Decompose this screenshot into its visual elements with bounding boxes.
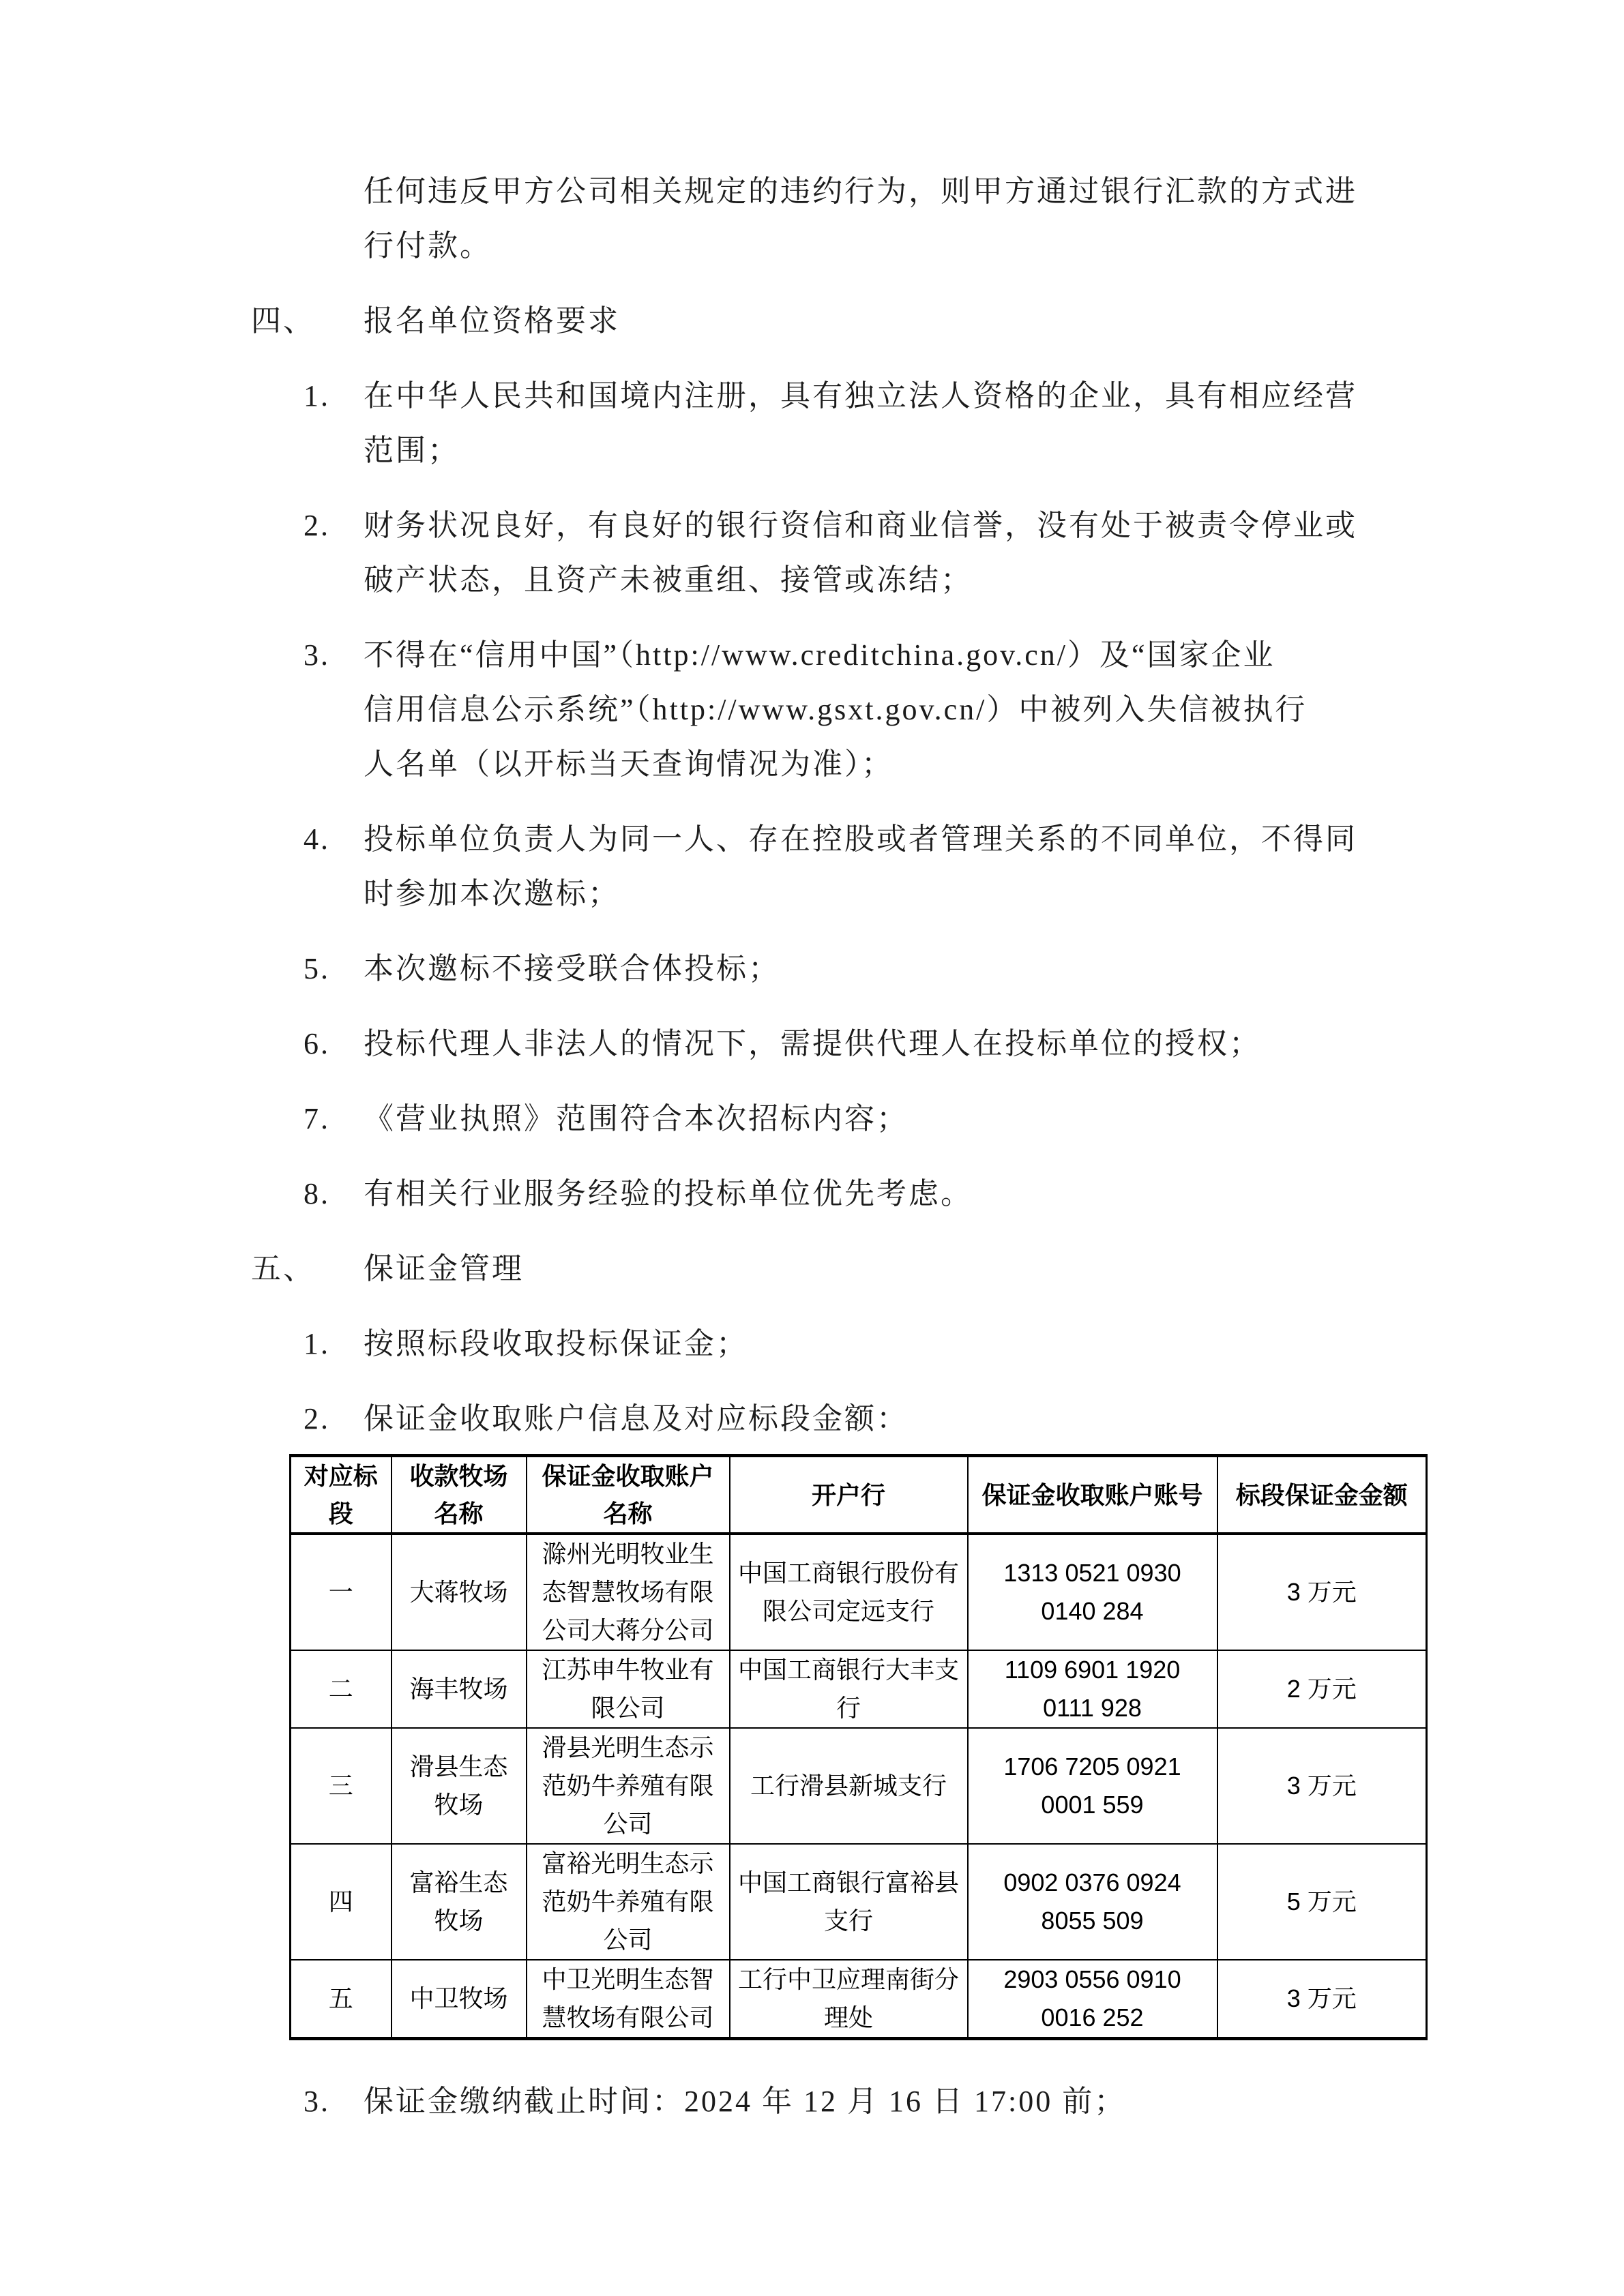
list-item: 2. 保证金收取账户信息及对应标段金额：	[0, 1392, 1624, 1446]
item-number: 2.	[0, 1392, 364, 1446]
cell-account-number: 1706 7205 0921 0001 559	[968, 1728, 1217, 1844]
list-item: 4. 投标单位负责人为同一人、存在控股或者管理关系的不同单位，不得同 时参加本次…	[0, 812, 1624, 921]
section-heading-4: 四、 报名单位资格要求	[0, 294, 1624, 348]
item-number: 4.	[0, 812, 364, 921]
section-heading-5: 五、 保证金管理	[0, 1242, 1624, 1296]
cell-amount: 3 万元	[1217, 1534, 1427, 1650]
item-text: 不得在“信用中国”（http://www.creditchina.gov.cn/…	[364, 628, 1307, 792]
cell-account-name: 滑县光明生态示 范奶牛养殖有限 公司	[527, 1728, 730, 1844]
section-title: 保证金管理	[364, 1242, 524, 1296]
cell-account-number: 1109 6901 1920 0111 928	[968, 1650, 1217, 1728]
cell-account-number: 1313 0521 0930 0140 284	[968, 1534, 1217, 1650]
column-header-bank: 开户行	[730, 1456, 968, 1534]
cell-farm-name: 海丰牧场	[392, 1650, 527, 1728]
item-text: 本次邀标不接受联合体投标；	[364, 942, 780, 996]
cell-bank: 中国工商银行大丰支 行	[730, 1650, 968, 1728]
item-number: 3.	[0, 628, 364, 792]
section-number: 四、	[0, 294, 364, 348]
table-body: 一 大蒋牧场 滁州光明牧业生 态智慧牧场有限 公司大蒋分公司 中国工商银行股份有…	[291, 1534, 1427, 2039]
column-header-amount: 标段保证金金额	[1217, 1456, 1427, 1534]
cell-segment: 一	[291, 1534, 392, 1650]
item-number: 1.	[0, 369, 364, 478]
table-row: 二 海丰牧场 江苏申牛牧业有 限公司 中国工商银行大丰支 行 1109 6901…	[291, 1650, 1427, 1728]
cell-account-name: 江苏申牛牧业有 限公司	[527, 1650, 730, 1728]
item-text: 保证金收取账户信息及对应标段金额：	[364, 1392, 909, 1446]
list-item: 7. 《营业执照》范围符合本次招标内容；	[0, 1092, 1624, 1146]
list-item: 3. 保证金缴纳截止时间：2024 年 12 月 16 日 17:00 前；	[0, 2074, 1624, 2129]
column-header-segment: 对应标 段	[291, 1456, 392, 1534]
table-row: 五 中卫牧场 中卫光明生态智 慧牧场有限公司 工行中卫应理南街分 理处 2903…	[291, 1960, 1427, 2039]
table-container: 对应标 段 收款牧场 名称 保证金收取账户 名称 开户行 保证金收取账户账号 标…	[0, 1454, 1624, 2040]
cell-bank: 中国工商银行股份有 限公司定远支行	[730, 1534, 968, 1650]
document-page: 任何违反甲方公司相关规定的违约行为，则甲方通过银行汇款的方式进 行付款。 四、 …	[0, 0, 1624, 2296]
table-row: 三 滑县生态 牧场 滑县光明生态示 范奶牛养殖有限 公司 工行滑县新城支行 17…	[291, 1728, 1427, 1844]
list-item: 2. 财务状况良好，有良好的银行资信和商业信誉，没有处于被责令停业或 破产状态，…	[0, 498, 1624, 608]
deposit-accounts-table: 对应标 段 收款牧场 名称 保证金收取账户 名称 开户行 保证金收取账户账号 标…	[289, 1454, 1428, 2040]
item-number: 8.	[0, 1167, 364, 1221]
section-number: 五、	[0, 1242, 364, 1296]
item-number: 6.	[0, 1017, 364, 1071]
cell-segment: 四	[291, 1844, 392, 1960]
cell-segment: 二	[291, 1650, 392, 1728]
item-text: 投标单位负责人为同一人、存在控股或者管理关系的不同单位，不得同 时参加本次邀标；	[364, 812, 1357, 921]
column-header-account-number: 保证金收取账户账号	[968, 1456, 1217, 1534]
table-header-row: 对应标 段 收款牧场 名称 保证金收取账户 名称 开户行 保证金收取账户账号 标…	[291, 1456, 1427, 1534]
cell-bank: 工行中卫应理南街分 理处	[730, 1960, 968, 2039]
cell-farm-name: 富裕生态 牧场	[392, 1844, 527, 1960]
item-text: 在中华人民共和国境内注册，具有独立法人资格的企业，具有相应经营 范围；	[364, 369, 1357, 478]
cell-account-name: 中卫光明生态智 慧牧场有限公司	[527, 1960, 730, 2039]
item-text: 有相关行业服务经验的投标单位优先考虑。	[364, 1167, 973, 1221]
cell-account-name: 滁州光明牧业生 态智慧牧场有限 公司大蒋分公司	[527, 1534, 730, 1650]
cell-amount: 2 万元	[1217, 1650, 1427, 1728]
column-header-account-name: 保证金收取账户 名称	[527, 1456, 730, 1534]
cell-account-number: 2903 0556 0910 0016 252	[968, 1960, 1217, 2039]
cell-amount: 3 万元	[1217, 1960, 1427, 2039]
cell-amount: 5 万元	[1217, 1844, 1427, 1960]
item-number: 7.	[0, 1092, 364, 1146]
list-item: 5. 本次邀标不接受联合体投标；	[0, 942, 1624, 996]
cell-farm-name: 大蒋牧场	[392, 1534, 527, 1650]
indent-spacer	[0, 164, 364, 273]
cell-account-number: 0902 0376 0924 8055 509	[968, 1844, 1217, 1960]
item-text: 财务状况良好，有良好的银行资信和商业信誉，没有处于被责令停业或 破产状态，且资产…	[364, 498, 1357, 608]
table-row: 四 富裕生态 牧场 富裕光明生态示 范奶牛养殖有限 公司 中国工商银行富裕县 支…	[291, 1844, 1427, 1960]
item-text: 保证金缴纳截止时间：2024 年 12 月 16 日 17:00 前；	[364, 2074, 1126, 2129]
list-item: 3. 不得在“信用中国”（http://www.creditchina.gov.…	[0, 628, 1624, 792]
table-row: 一 大蒋牧场 滁州光明牧业生 态智慧牧场有限 公司大蒋分公司 中国工商银行股份有…	[291, 1534, 1427, 1650]
cell-segment: 五	[291, 1960, 392, 2039]
item-number: 2.	[0, 498, 364, 608]
paragraph-continuation: 任何违反甲方公司相关规定的违约行为，则甲方通过银行汇款的方式进 行付款。	[0, 164, 1624, 273]
cell-farm-name: 中卫牧场	[392, 1960, 527, 2039]
item-number: 1.	[0, 1317, 364, 1371]
item-text: 按照标段收取投标保证金；	[364, 1317, 748, 1371]
list-item: 1. 按照标段收取投标保证金；	[0, 1317, 1624, 1371]
list-item: 6. 投标代理人非法人的情况下，需提供代理人在投标单位的授权；	[0, 1017, 1624, 1071]
section-title: 报名单位资格要求	[364, 294, 620, 348]
item-text: 投标代理人非法人的情况下，需提供代理人在投标单位的授权；	[364, 1017, 1261, 1071]
item-number: 3.	[0, 2074, 364, 2129]
list-item: 8. 有相关行业服务经验的投标单位优先考虑。	[0, 1167, 1624, 1221]
item-number: 5.	[0, 942, 364, 996]
cell-farm-name: 滑县生态 牧场	[392, 1728, 527, 1844]
cell-account-name: 富裕光明生态示 范奶牛养殖有限 公司	[527, 1844, 730, 1960]
list-item: 1. 在中华人民共和国境内注册，具有独立法人资格的企业，具有相应经营 范围；	[0, 369, 1624, 478]
cell-bank: 中国工商银行富裕县 支行	[730, 1844, 968, 1960]
cell-bank: 工行滑县新城支行	[730, 1728, 968, 1844]
column-header-farm-name: 收款牧场 名称	[392, 1456, 527, 1534]
cell-segment: 三	[291, 1728, 392, 1844]
paragraph-text: 任何违反甲方公司相关规定的违约行为，则甲方通过银行汇款的方式进 行付款。	[364, 164, 1357, 273]
item-text: 《营业执照》范围符合本次招标内容；	[364, 1092, 909, 1146]
table-header: 对应标 段 收款牧场 名称 保证金收取账户 名称 开户行 保证金收取账户账号 标…	[291, 1456, 1427, 1534]
cell-amount: 3 万元	[1217, 1728, 1427, 1844]
